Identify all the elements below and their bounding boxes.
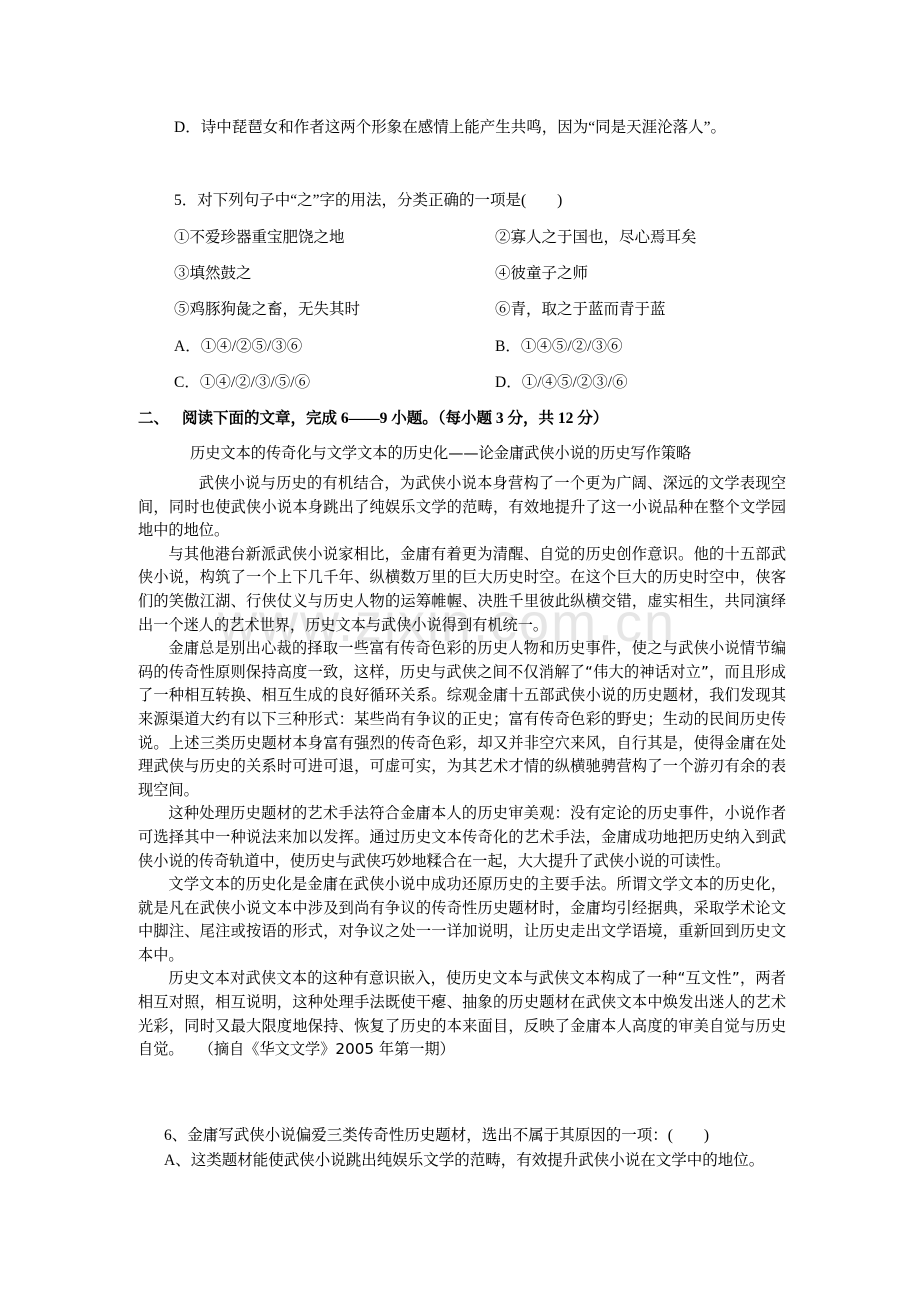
question5-sentence-2: ②寡人之于国也，尽心焉耳矣	[495, 228, 697, 248]
question5-sentence-6: ⑥青，取之于蓝而青于蓝	[495, 300, 666, 320]
article-paragraph: 文学文本的历史化是金庸在武侠小说中成功还原历史的主要手法。所谓文学文本的历史化，…	[138, 873, 786, 967]
article-paragraph: 武侠小说与历史的有机结合，为武侠小说本身营构了一个更为广阔、深远的文学表现空间，…	[138, 472, 786, 543]
article-paragraph: 金庸总是别出心裁的择取一些富有传奇色彩的历史人物和历史事件，使之与武侠小说情节编…	[138, 637, 786, 802]
article-paragraph: 历史文本对武侠文本的这种有意识嵌入，使历史文本与武侠文本构成了一种“互文性”，两…	[138, 967, 786, 1061]
article-body: 武侠小说与历史的有机结合，为武侠小说本身营构了一个更为广阔、深远的文学表现空间，…	[138, 472, 786, 1062]
question5-option-a: A．①④/②⑤/③⑥	[174, 337, 302, 357]
question5-sentence-1: ①不爱珍器重宝肥饶之地	[174, 228, 345, 248]
question5-sentence-3: ③填然鼓之	[174, 264, 252, 284]
question5-stem: 5．对下列句子中“之”字的用法，分类正确的一项是( )	[174, 191, 562, 211]
section2-instruction: 阅读下面的文章，完成 6——9 小题。（每小题 3 分，共 12 分）	[182, 409, 608, 429]
question5-option-d: D．①/④⑤/②③/⑥	[495, 373, 628, 393]
article-paragraph: 与其他港台新派武侠小说家相比，金庸有着更为清醒、自觉的历史创作意识。他的十五部武…	[138, 543, 786, 637]
question5-sentence-4: ④彼童子之师	[495, 264, 588, 284]
question4-option-d: D．诗中琵琶女和作者这两个形象在感情上能产生共鸣，因为“同是天涯沦落人”。	[174, 118, 726, 138]
question6-stem: 6、金庸写武侠小说偏爱三类传奇性历史题材，选出不属于其原因的一项：( )	[164, 1126, 709, 1146]
article-paragraph: 这种处理历史题材的艺术手法符合金庸本人的历史审美观：没有定论的历史事件，小说作者…	[138, 802, 786, 873]
question6-option-a: A、这类题材能使武侠小说跳出纯娱乐文学的范畴，有效提升武侠小说在文学中的地位。	[164, 1151, 764, 1171]
question5-sentence-5: ⑤鸡豚狗彘之畜，无失其时	[174, 300, 360, 320]
section2-number: 二、	[138, 409, 169, 429]
article-title: 历史文本的传奇化与文学文本的历史化——论金庸武侠小说的历史写作策略	[190, 443, 691, 463]
document-page: www.zixin.com.cn D．诗中琵琶女和作者这两个形象在感情上能产生共…	[0, 0, 920, 1302]
question5-option-c: C．①④/②/③/⑤/⑥	[174, 373, 310, 393]
question5-option-b: B．①④⑤/②/③⑥	[495, 337, 622, 357]
